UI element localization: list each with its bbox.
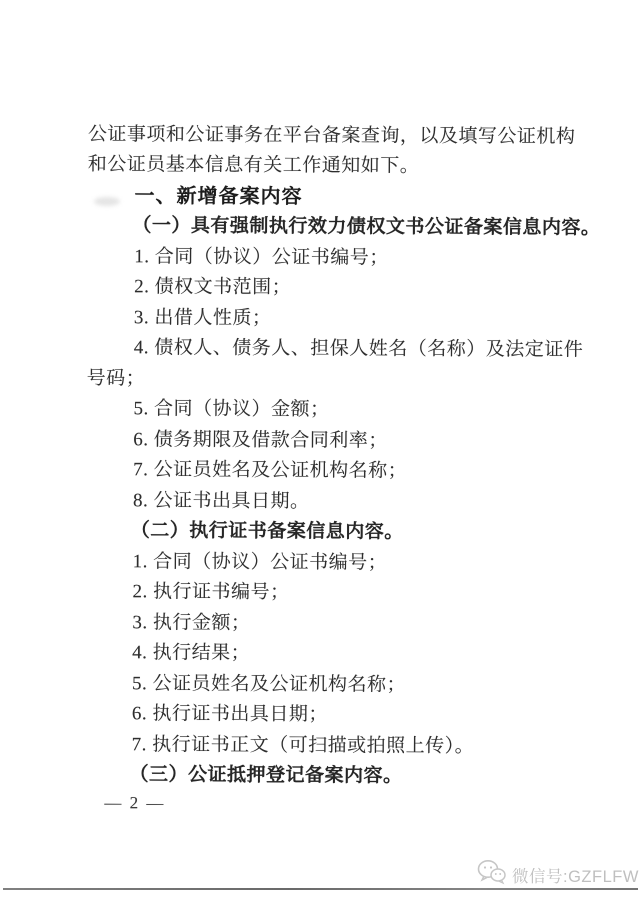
doc-line-item: 3. 出借人性质； (134, 300, 600, 333)
wechat-icon (477, 859, 507, 890)
doc-line-item: 1. 合同（协议）公证书编号； (134, 239, 600, 272)
doc-line-item: 7. 执行证书正文（可扫描或拍照上传）。 (132, 727, 598, 760)
doc-line-item: 6. 执行证书出具日期； (132, 697, 598, 730)
wechat-id-label: 微信号:GZFLFW (512, 863, 639, 887)
page-number: — 2 — (104, 788, 597, 821)
footer-divider (3, 888, 638, 890)
doc-line-item: 6. 债务期限及借款合同利率； (133, 422, 599, 455)
wechat-watermark: 微信号:GZFLFW (477, 859, 639, 890)
doc-line-item: 7. 公证员姓名及公证机构名称； (133, 453, 599, 486)
doc-line-item: 1. 合同（协议）公证书编号； (133, 544, 599, 577)
doc-line-sub: （三）公证抵押登记备案内容。 (129, 758, 597, 791)
doc-line-body: 公证事项和公证事务在平台备案查询，以及填写公证机构 (88, 117, 601, 150)
doc-line-sub: （一）具有强制执行效力债权文书公证备案信息内容。 (132, 209, 600, 242)
doc-line-item: 5. 合同（协议）金额； (133, 392, 599, 425)
doc-line-item: 2. 执行证书编号； (132, 575, 598, 608)
doc-line-item: 4. 债权人、债务人、担保人姓名（名称）及法定证件 (134, 331, 600, 364)
doc-line-item: 5. 公证员姓名及公证机构名称； (132, 666, 598, 699)
doc-line-item: 8. 公证书出具日期。 (133, 483, 599, 516)
doc-line-item: 4. 执行结果； (132, 636, 598, 669)
doc-line-item: 3. 执行金额； (132, 605, 598, 638)
document-body: 公证事项和公证事务在平台备案查询，以及填写公证机构和公证员基本信息有关工作通知如… (84, 117, 601, 821)
doc-line-heading: 一、新增备案内容 (135, 178, 601, 211)
doc-line-cont: 号码； (87, 361, 600, 394)
doc-line-body: 和公证员基本信息有关工作通知如下。 (88, 147, 601, 180)
doc-line-item: 2. 债权文书范围； (134, 270, 600, 303)
doc-line-sub: （二）执行证书备案信息内容。 (131, 514, 599, 547)
